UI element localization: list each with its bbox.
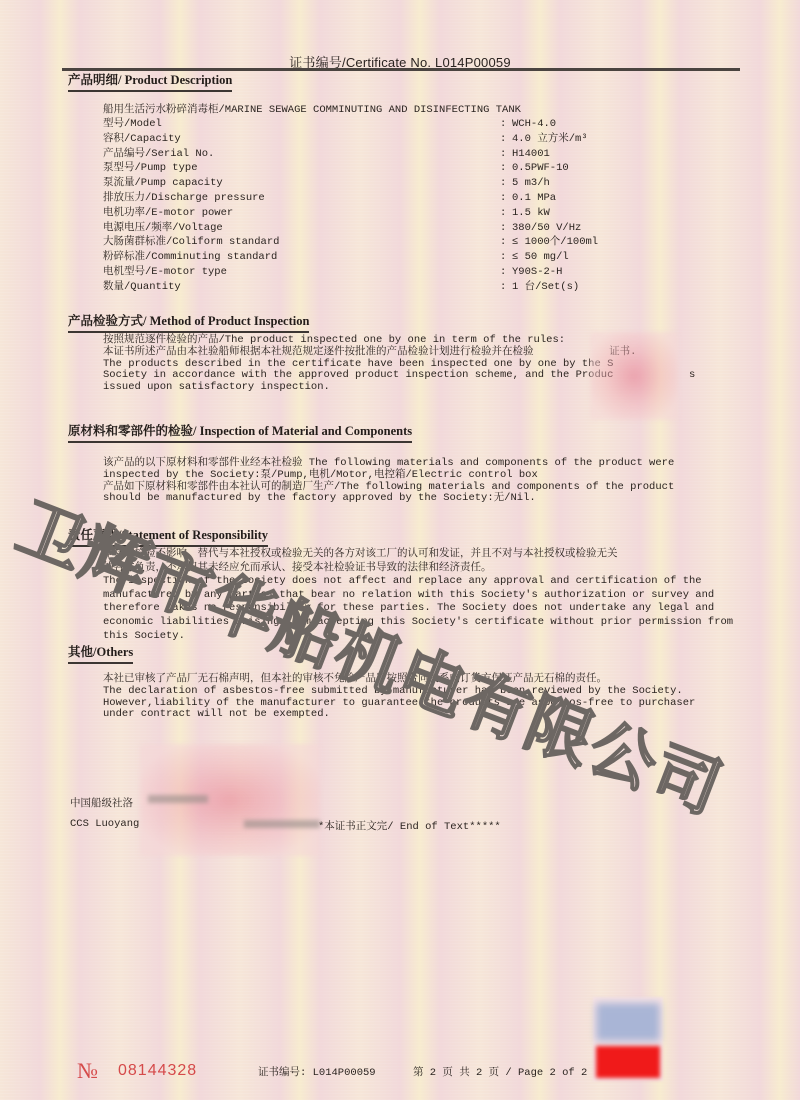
spec-separator: : <box>500 117 512 132</box>
spec-separator: : <box>500 221 512 236</box>
spec-row: 数量/Quantity:1 台/Set(s) <box>103 280 703 295</box>
end-of-text-marker: *本证书正文完/ End of Text***** <box>318 818 501 833</box>
spec-separator: : <box>500 191 512 206</box>
section-heading-others: 其他/Others <box>68 642 133 664</box>
spec-value: 380/50 V/Hz <box>512 221 581 236</box>
spec-separator: : <box>500 132 512 147</box>
signature-office-cn: 中国船级社洛 <box>70 795 133 810</box>
spec-row: 大肠菌群标准/Coliform standard:≤ 1000个/100ml <box>103 235 703 250</box>
spec-label: 产品编号/Serial No. <box>103 147 500 162</box>
spec-label: 型号/Model <box>103 117 500 132</box>
section-heading-method-of-inspection: 产品检验方式/ Method of Product Inspection <box>68 311 309 333</box>
spec-separator: : <box>500 161 512 176</box>
spec-row: 泵流量/Pump capacity:5 m3/h <box>103 176 703 191</box>
spec-row: 型号/Model:WCH-4.0 <box>103 117 703 132</box>
spec-value: H14001 <box>512 147 550 162</box>
spec-label: 电源电压/频率/Voltage <box>103 221 500 236</box>
spec-label: 电机功率/E-motor power <box>103 206 500 221</box>
spec-rows: 型号/Model:WCH-4.0容积/Capacity:4.0 立方米/m³产品… <box>103 117 703 295</box>
spec-label: 泵型号/Pump type <box>103 161 500 176</box>
text-line: inspected by the Society:泵/Pump,电机/Motor… <box>103 470 703 482</box>
text-line: should be manufactured by the factory ap… <box>103 493 703 505</box>
redacted-label-blue <box>596 1003 660 1041</box>
spec-row: 容积/Capacity:4.0 立方米/m³ <box>103 132 703 147</box>
spec-separator: : <box>500 265 512 280</box>
spec-value: ≤ 50 mg/l <box>512 250 569 265</box>
product-name: 船用生活污水粉碎消毒柜/MARINE SEWAGE COMMINUTING AN… <box>103 103 703 117</box>
spec-row: 粉碎标准/Comminuting standard:≤ 50 mg/l <box>103 250 703 265</box>
spec-value: 0.1 MPa <box>512 191 556 206</box>
spec-row: 产品编号/Serial No.:H14001 <box>103 147 703 162</box>
number-symbol: № <box>77 1058 98 1084</box>
spec-label: 粉碎标准/Comminuting standard <box>103 250 500 265</box>
spec-label: 排放压力/Discharge pressure <box>103 191 500 206</box>
spec-separator: : <box>500 280 512 295</box>
signature-office-en: CCS Luoyang <box>70 818 139 830</box>
redaction-bar <box>244 820 320 828</box>
spec-label: 大肠菌群标准/Coliform standard <box>103 235 500 250</box>
footer-serial-number: 08144328 <box>118 1062 197 1080</box>
spec-value: ≤ 1000个/100ml <box>512 235 598 250</box>
spec-label: 数量/Quantity <box>103 280 500 295</box>
spec-value: 1 台/Set(s) <box>512 280 579 295</box>
spec-row: 泵型号/Pump type:0.5PWF-10 <box>103 161 703 176</box>
spec-separator: : <box>500 250 512 265</box>
product-spec-list: 船用生活污水粉碎消毒柜/MARINE SEWAGE COMMINUTING AN… <box>103 103 703 295</box>
spec-value: Y90S-2-H <box>512 265 562 280</box>
section-heading-inspection-materials: 原材料和零部件的检验/ Inspection of Material and C… <box>68 421 412 443</box>
spec-value: WCH-4.0 <box>512 117 556 132</box>
footer-certificate-number: 证书编号: L014P00059 <box>258 1064 376 1079</box>
spec-label: 容积/Capacity <box>103 132 500 147</box>
page-footer: № 08144328 证书编号: L014P00059 第 2 页 共 2 页 … <box>0 1060 800 1084</box>
footer-page-info: 第 2 页 共 2 页 / Page 2 of 2 <box>413 1064 587 1079</box>
spec-value: 5 m3/h <box>512 176 550 191</box>
spec-label: 电机型号/E-motor type <box>103 265 500 280</box>
spec-separator: : <box>500 206 512 221</box>
spec-separator: : <box>500 176 512 191</box>
spec-separator: : <box>500 147 512 162</box>
redaction-bar <box>148 795 208 803</box>
redacted-stamp-inspection <box>590 332 678 420</box>
spec-value: 4.0 立方米/m³ <box>512 132 588 147</box>
spec-row: 电机型号/E-motor type:Y90S-2-H <box>103 265 703 280</box>
spec-row: 排放压力/Discharge pressure:0.1 MPa <box>103 191 703 206</box>
section-heading-product-description: 产品明细/ Product Description <box>68 70 232 92</box>
spec-label: 泵流量/Pump capacity <box>103 176 500 191</box>
spec-row: 电机功率/E-motor power:1.5 kW <box>103 206 703 221</box>
spec-value: 0.5PWF-10 <box>512 161 569 176</box>
inspection-materials-text: 该产品的以下原材料和零部件业经本社检验 The following materi… <box>103 458 703 505</box>
spec-value: 1.5 kW <box>512 206 550 221</box>
spec-separator: : <box>500 235 512 250</box>
spec-row: 电源电压/频率/Voltage:380/50 V/Hz <box>103 221 703 236</box>
